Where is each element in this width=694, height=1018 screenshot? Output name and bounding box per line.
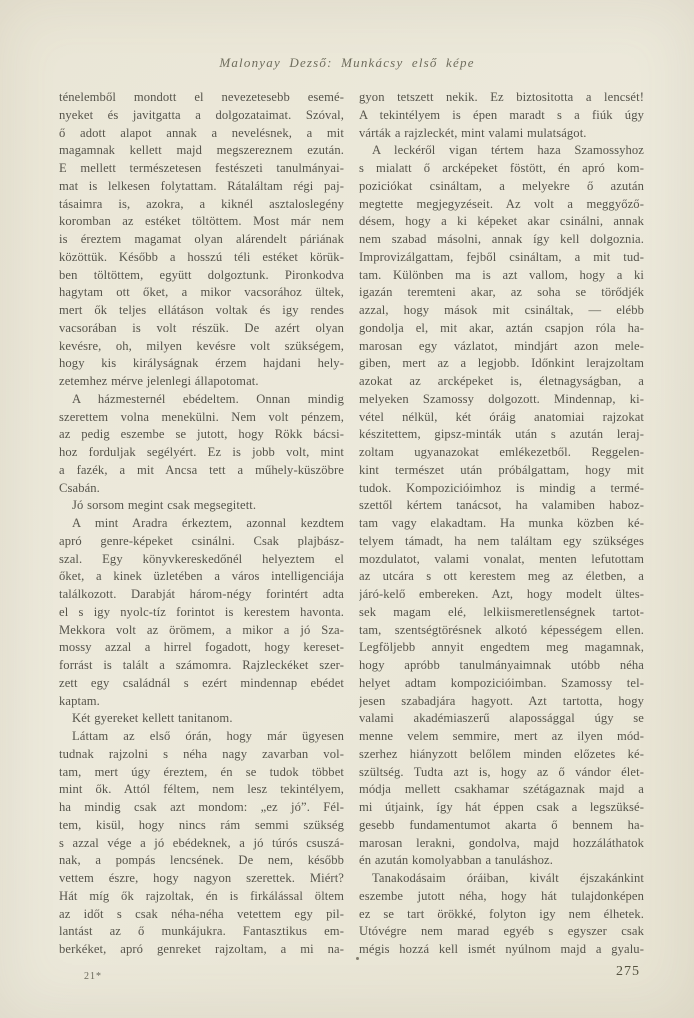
text-line: Mekkora volt az örömem, a mikor a jó Sza… — [59, 622, 344, 640]
text-line: Két gyereket kellett tanitanom. — [59, 710, 344, 728]
text-line: gondolja el, mit akar, aztán csapjon ról… — [359, 320, 644, 338]
text-line: kevésre, oh, milyen kevésre volt szükség… — [59, 338, 344, 356]
signature-mark: 21* — [84, 971, 102, 982]
text-line: zett egy családnál s ezért mindennap ebé… — [59, 675, 344, 693]
text-line: gyon tetszett nekik. Ez biztositotta a l… — [359, 89, 644, 107]
text-line: az időt s csak néha-néha vetettem egy pi… — [59, 906, 344, 924]
text-line: vettem észre, hogy nagyon szerettek. Mié… — [59, 870, 344, 888]
book-page: Malonyay Dezső: Munkácsy első képe ténel… — [0, 0, 694, 1018]
text-line: ez se tart örökké, folyton igy nem élhet… — [359, 906, 644, 924]
text-line: jesen szabadjára hagyott. Azt tartotta, … — [359, 693, 644, 711]
text-line: s azzal vége a jó ebédeknek, a jó túrós … — [59, 835, 344, 853]
text-line: hoz forduljak segélyért. Ez is jobb volt… — [59, 444, 344, 462]
text-line: tem, kisül, hogy nincs rám semmi szükség — [59, 817, 344, 835]
text-line: kaptam. — [59, 693, 344, 711]
text-line: A mint Aradra érkeztem, azonnal kezdtem — [59, 515, 344, 533]
text-line: el s igy nyolc-tíz forintot is kerestem … — [59, 604, 344, 622]
text-line: tam. Különben ma is azt vallom, hogy a k… — [359, 267, 644, 285]
page-number: 275 — [616, 964, 640, 980]
text-line: megtette megjegyzéseit. Az volt a meggyő… — [359, 196, 644, 214]
text-line: E mellett természetesen festészeti tanul… — [59, 160, 344, 178]
text-line: nak, a pompás lencsének. De nem, később — [59, 852, 344, 870]
text-line: telyem támadt, ha nem találtam egy szüks… — [359, 533, 644, 551]
text-body: ténelemből mondott el nevezetesebb esemé… — [59, 89, 644, 959]
text-line: zoltam ugyanazokat emlékezetből. Reggele… — [359, 444, 644, 462]
text-line: mi útjaink, így hát éppen csak a legszük… — [359, 799, 644, 817]
text-line: hogy kis királyságnak érzem hajdani hely… — [59, 355, 344, 373]
text-line: tudnak rajzolni s néha nagy zavarban vol… — [59, 746, 344, 764]
text-line: poziciókat csináltam, a melyekre ő azutá… — [359, 178, 644, 196]
text-line: közöttük. Később a hosszú téli estéket k… — [59, 249, 344, 267]
text-line: s mialatt ő arcképeket föstött, én apró … — [359, 160, 644, 178]
text-line: várták a rajzleckét, mint valami mulatsá… — [359, 125, 644, 143]
text-line: ő adott alapot annak a nevelésnek, a mit — [59, 125, 344, 143]
text-line: én azután komolyabban a tanuláshoz. — [359, 852, 644, 870]
text-line: a fazék, a mit Ancsa tett a műhely-küszö… — [59, 462, 344, 480]
text-line: Utóvégre nem marad egyéb s egyszer csak — [359, 923, 644, 941]
text-line: igazán teremteni akar, az soha se törődj… — [359, 284, 644, 302]
text-line: mert ők teljes ellátáson voltak és igy r… — [59, 302, 344, 320]
text-line: szettől kértem tanácsot, ha valamiben ha… — [359, 497, 644, 515]
text-line: szerhez hiányzott belőlem minden előzete… — [359, 746, 644, 764]
text-line: vétel nélkül, két óráig anatomiai rajzok… — [359, 409, 644, 427]
text-line: marosan lerakni, gondolva, majd hozzálát… — [359, 835, 644, 853]
text-line: mossy azzal a hirrel fogadott, hogy kere… — [59, 639, 344, 657]
text-line: Tanakodásaim óráiban, kivált éjszakánkin… — [359, 870, 644, 888]
text-line: vacsorában is volt részük. De azért olya… — [59, 320, 344, 338]
text-line: kint természet után próbálgattam, hogy m… — [359, 462, 644, 480]
text-line: melyeken Szamossy dolgozott. Mindennap, … — [359, 391, 644, 409]
text-line: magamnak kellett majd megszereznem ezutá… — [59, 142, 344, 160]
text-line: marosan egy vázlatot, mindjárt azon mele… — [359, 338, 644, 356]
text-line: azokat az arcképeket is, életnagyságban,… — [359, 373, 644, 391]
text-line: ben töltöttem, együtt dolgoztunk. Pironk… — [59, 267, 344, 285]
running-header: Malonyay Dezső: Munkácsy első képe — [0, 55, 694, 71]
text-line: az utcára s ott kerestem meg az életben,… — [359, 568, 644, 586]
text-line: Láttam az első órán, hogy már ügyesen — [59, 728, 344, 746]
text-line: módja mellett csakhamar szétágaznak majd… — [359, 781, 644, 799]
text-line: tásaimra is, azokra, a kiknél asztalosle… — [59, 196, 344, 214]
text-line: mat is lelkesen folytattam. Rátaláltam r… — [59, 178, 344, 196]
text-line: Csabán. — [59, 480, 344, 498]
text-line: szerettem volna menekülni. Nem volt pénz… — [59, 409, 344, 427]
text-line: eszembe jutott néha, hogy hát tulajdonké… — [359, 888, 644, 906]
text-line: giben, mert az a legjobb. Időnkint leraj… — [359, 355, 644, 373]
text-line: ténelemből mondott el nevezetesebb esemé… — [59, 89, 344, 107]
text-line: helyet adtam kompozicióimban. Szamossy t… — [359, 675, 644, 693]
text-line: menne velem semmire, mert az ilyen mód- — [359, 728, 644, 746]
text-line: A tekintélyem is épen maradt s a fiúk úg… — [359, 107, 644, 125]
text-line: találkozott. Darabját három-négy forinté… — [59, 586, 344, 604]
text-line: forrást is talált a számomra. Rajzleckék… — [59, 657, 344, 675]
text-line: hagytam ott őket, a mikor vacsorához ült… — [59, 284, 344, 302]
text-line: szal. Egy könyvkereskedőnél helyeztem el — [59, 551, 344, 569]
text-line: őket, a kinek üzletében a város intellig… — [59, 568, 344, 586]
text-line: járó-kelő embereken. Azt, hogy modelt ül… — [359, 586, 644, 604]
text-line: A leckéről vigan tértem haza Szamossyhoz — [359, 142, 644, 160]
text-line: mint ők. Attól féltem, nem lesz tekintél… — [59, 781, 344, 799]
text-line: nyeket és javitgatta a dolgozataimat. Sz… — [59, 107, 344, 125]
text-line: Hát míg ők rajzoltak, én is firkálással … — [59, 888, 344, 906]
text-line: Jó sorsom megint csak megsegitett. — [59, 497, 344, 515]
text-line: lantást az ő munkájukra. Fantasztikus em… — [59, 923, 344, 941]
text-line: tam, mert úgy éreztem, én se tudok többe… — [59, 764, 344, 782]
column-left: ténelemből mondott el nevezetesebb esemé… — [59, 89, 344, 959]
text-line: mégis hozzá kell ismét nyúlnom majd a gy… — [359, 941, 644, 959]
text-line: désem, hogy a ki képeket akar csinálni, … — [359, 213, 644, 231]
text-line: tam, szentségtörésnek alkotó képességem … — [359, 622, 644, 640]
text-line: szültség. Tudta azt is, hogy az ő vándor… — [359, 764, 644, 782]
text-line: hogy apróbb tanulmányaimnak utóbb néha — [359, 657, 644, 675]
text-line: mozdulatot, valami vonalat, menten lefut… — [359, 551, 644, 569]
ink-dot-artifact — [356, 957, 359, 960]
text-line: apró genre-képeket csinálni. Csak plajbá… — [59, 533, 344, 551]
text-line: ha mindig csak azt mondom: „ez jó”. Fél- — [59, 799, 344, 817]
text-line: gesebb fundamentumot akarta ő bennem ha- — [359, 817, 644, 835]
text-line: Legföljebb annyit engedtem meg magamnak, — [359, 639, 644, 657]
text-line: nem szabad másolni, annak így kell dolgo… — [359, 231, 644, 249]
text-line: koromban az estéket töltöttem. Most már … — [59, 213, 344, 231]
text-line: sek magam elé, lelkiismeretlenségnek tar… — [359, 604, 644, 622]
text-line: is éreztem magamat olyan alárendelt pári… — [59, 231, 344, 249]
text-line: valami akadémiaszerű alapossággal úgy se — [359, 710, 644, 728]
column-right: gyon tetszett nekik. Ez biztositotta a l… — [359, 89, 644, 959]
text-line: tudok. Kompozicióimhoz is mindig a termé… — [359, 480, 644, 498]
text-line: tam vagy elakadtam. Ha munka közben ké- — [359, 515, 644, 533]
text-line: Improvizálgattam, fejből csináltam, a mi… — [359, 249, 644, 267]
text-line: zetemhez mérve jelenlegi állapotomat. — [59, 373, 344, 391]
text-line: berkéket, apró genreket rajzoltam, a mi … — [59, 941, 344, 959]
text-line: azzal, hogy mások mit csináltak, — elébb — [359, 302, 644, 320]
text-line: A házmesternél ebédeltem. Onnan mindig — [59, 391, 344, 409]
text-line: készitettem, gipsz-minták után s azután … — [359, 426, 644, 444]
text-line: az pedig eszembe se jutott, hogy Rökk bá… — [59, 426, 344, 444]
